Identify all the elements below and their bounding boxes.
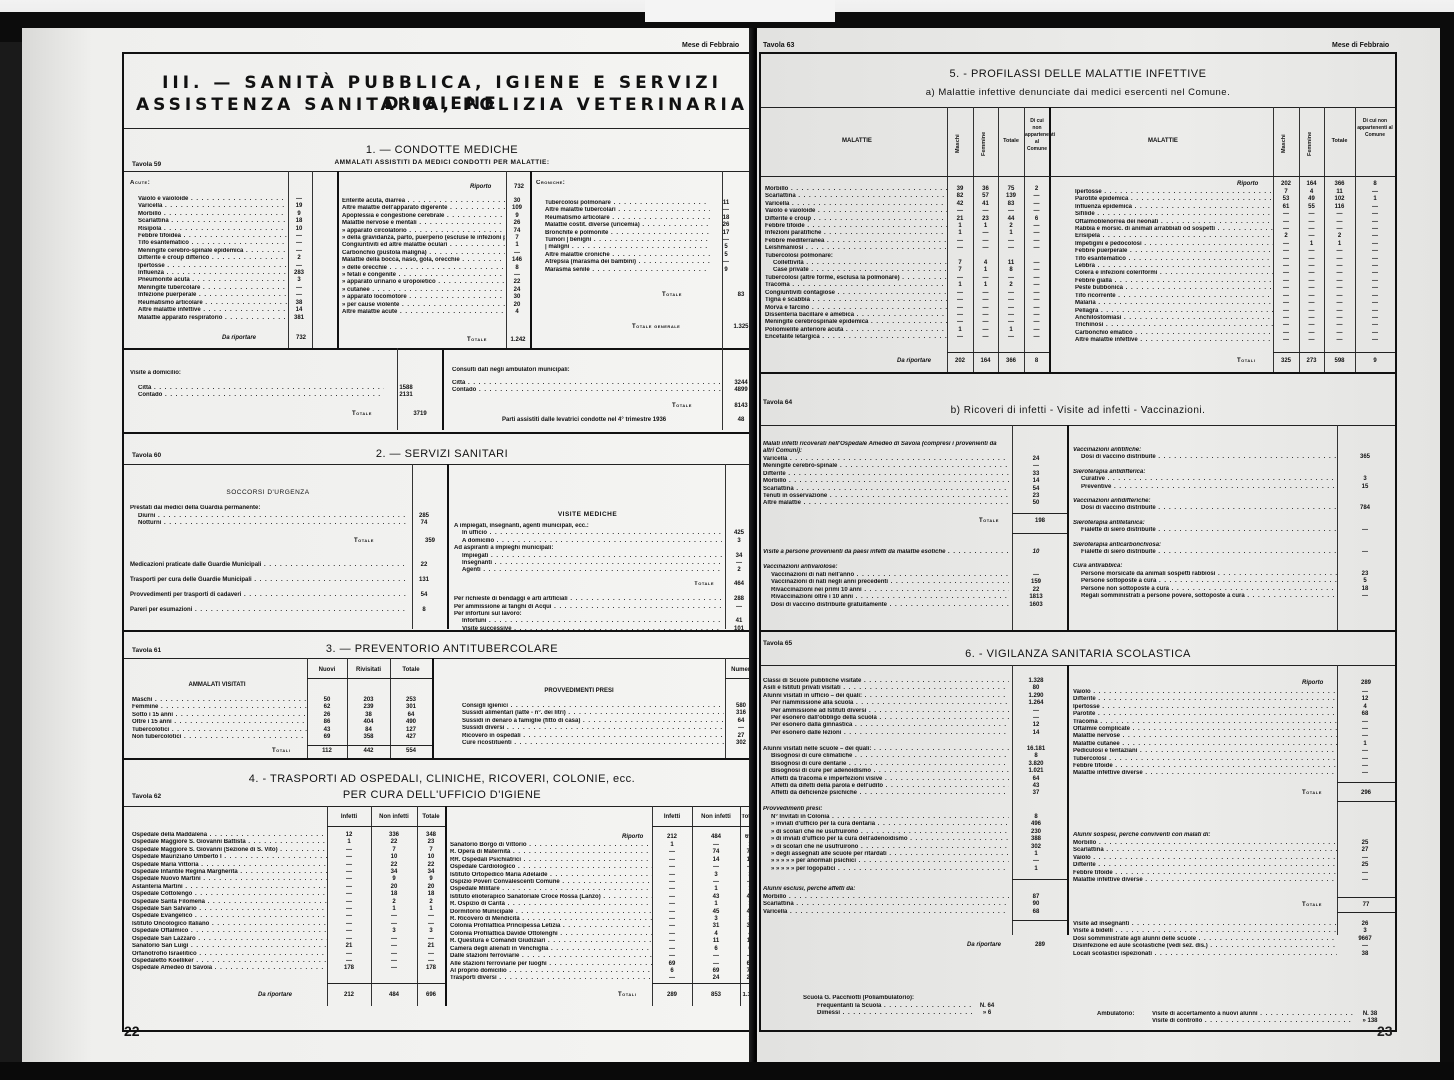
cell-f: — <box>973 208 998 215</box>
cell-t: 75 <box>998 186 1024 193</box>
cell-value: 8 <box>1009 753 1063 760</box>
cell-totale: 7 <box>417 847 445 854</box>
cell-t: — <box>998 238 1024 245</box>
row-label: Maschi <box>132 697 307 704</box>
cell-value: 381 <box>287 315 311 322</box>
table-row: Ospedale Oftalmico—33 <box>132 928 445 935</box>
table-row: Carbonchio (pustola maligna)— <box>342 250 529 257</box>
soccorsi-heading: SOCCORSI D'URGENZA <box>124 489 412 496</box>
table-row: Morva e farcino———— <box>765 305 1049 312</box>
row-label: Per ammissione ad Istituti diversi <box>763 708 1009 715</box>
row-label: Morbillo <box>765 186 947 193</box>
sec4-title-line2: PER CURA DELL'UFFICIO D'IGIENE <box>124 789 757 801</box>
cell-value: 1603 <box>1009 602 1063 609</box>
row-label: Asili e Istituti privati visitati <box>763 685 1009 692</box>
cell-non_infetti: 1 <box>692 901 740 908</box>
table-row: Locali scolastici ispezionati38 <box>1073 951 1393 958</box>
cell-rivisitati: 239 <box>347 704 390 711</box>
cell-f: — <box>973 230 998 237</box>
row-label: Meningite tubercolare <box>138 285 287 292</box>
cell-infetti: — <box>652 849 692 856</box>
table-row: Ospizio Poveri Convalescenti Comune——— <box>450 879 757 886</box>
cell-infetti: — <box>327 936 371 943</box>
cell-value: 4 <box>505 309 529 316</box>
table-row: Tifo esantematico— <box>138 240 311 247</box>
row-label: Sifilide <box>1075 211 1273 218</box>
table-row: Febbre tifoide— <box>1073 870 1393 877</box>
row-label: Frequentanti la Scuola <box>817 1003 972 1010</box>
col-femmine: Femmine <box>981 120 987 168</box>
row-label: Febbre gialla <box>1075 278 1273 285</box>
cell-f: — <box>1299 248 1324 255</box>
row-label: Alunni visitati in ufficio – dei quali: <box>763 693 1009 700</box>
row-label: Ospedale della Maddalena <box>132 832 327 839</box>
cell-n: — <box>1355 285 1395 292</box>
cell-infetti: 12 <box>327 832 371 839</box>
table-row: Difterite e croup difterico2 <box>138 255 311 262</box>
table-row: R. Questura e Comandi Giudiziari—1111 <box>450 938 757 945</box>
table-row: Tenuti in osservazione23 <box>763 493 1063 500</box>
row-label: Altre malattie infettive <box>138 307 287 314</box>
row-label: Erisipela <box>1075 233 1273 240</box>
row-label: Encefalite letargica <box>765 334 947 341</box>
table-row: Case private718— <box>765 267 1049 274</box>
table-row: Tracoma112— <box>765 282 1049 289</box>
cell-value: 8 <box>505 265 529 272</box>
cell-value: 37 <box>1009 790 1063 797</box>
row-label: Provvedimenti per trasporti di cadaveri <box>130 588 407 603</box>
table-row: Meningite cerebro-spinale epidemica— <box>138 248 311 255</box>
cell-infetti: — <box>652 938 692 945</box>
row-label: Oltre i 15 anni <box>132 719 307 726</box>
alunni-sospesi-heading: Alunni sospesi, perchè conviventi con ma… <box>1073 832 1333 839</box>
table-row: Colera e infezioni coleriformi———— <box>1075 270 1395 277</box>
cell-value: 10 <box>287 226 311 233</box>
table-row: Morbillo87 <box>763 894 1063 901</box>
sec6-totale-c-label: Totale <box>1302 790 1322 796</box>
row-label: Infezione puerperale <box>138 292 287 299</box>
cell-m: — <box>1273 263 1299 270</box>
totale-acute-value: 1.242 <box>506 337 530 343</box>
table-row: Morbillo3936752 <box>765 186 1049 193</box>
table-row: Visite a bidelli3 <box>1073 928 1393 935</box>
da-riportare-infetti: 212 <box>327 992 371 998</box>
row-label: Apoplessia e congestione cerebrale <box>342 213 505 220</box>
group-heading: Sieroterapia antitetanica: <box>1073 520 1393 527</box>
cell-value: — <box>505 250 529 257</box>
cell-rivisitati: 404 <box>347 719 390 726</box>
row-label: Varicella <box>763 909 1009 916</box>
cell-n: — <box>1355 278 1395 285</box>
totali-infetti: 289 <box>652 992 692 998</box>
row-label: » fetali e congenite <box>342 272 505 279</box>
table-row: Peste bubbonica———— <box>1075 285 1395 292</box>
row-label: Reumatismo articolare <box>545 215 710 222</box>
table-row: Femmine62239301 <box>132 704 432 711</box>
cell-totale: 23 <box>417 839 445 846</box>
row-label: Sanatorio Borgo di Vittorio <box>450 842 652 849</box>
table-row: Visite di controllo» 138 <box>1152 1018 1387 1025</box>
cell-value: — <box>1337 855 1393 862</box>
cell-value: — <box>1009 572 1063 579</box>
row-label: Colonia Profilattica Principessa Letizia <box>450 923 652 930</box>
riporto-m: 202 <box>1273 181 1299 187</box>
cell-totale: 9 <box>417 876 445 883</box>
row-label: Disinfezione ed aule scolastiche (vedi s… <box>1073 943 1337 950</box>
row-label: Altre malattie infettive <box>1075 337 1273 344</box>
sec2-title: 2. — SERVIZI SANITARI <box>124 448 757 460</box>
col-malattie: MALATTIE <box>767 138 947 144</box>
row-label: Tubercolosi polmonare: <box>765 253 947 260</box>
table-row: Per esonero dalla ginnastica12 <box>763 722 1063 729</box>
cell-totale: 127 <box>390 727 432 734</box>
cell-value: 90 <box>1009 901 1063 908</box>
cell-non_infetti: 3 <box>692 872 740 879</box>
cell-f: 23 <box>973 216 998 223</box>
cell-m: 82 <box>947 193 973 200</box>
cell-f: — <box>973 305 998 312</box>
cell-n: — <box>1355 256 1395 263</box>
row-label: Atrepsia (marasma dei bambini) <box>545 259 710 266</box>
consulti-heading: Consulti dati negli ambulatori municipal… <box>452 367 712 374</box>
row-label: Visite a bidelli <box>1073 928 1337 935</box>
cell-f: 36 <box>973 186 998 193</box>
row-label: Malattie costit. diverse (uricemia) <box>545 222 710 229</box>
cell-n: — <box>1024 327 1049 334</box>
cell-n: — <box>1024 245 1049 252</box>
visite-totale-row: Totale464 <box>454 581 756 588</box>
cell-infetti: — <box>327 958 371 965</box>
row-label: Tracoma <box>765 282 947 289</box>
cell-non_infetti: — <box>371 943 417 950</box>
cell-non_infetti: — <box>692 879 740 886</box>
row-label: Istituto elioterapico Sanatoriale Croce … <box>450 894 652 901</box>
cell-m: — <box>947 297 973 304</box>
cell-non_infetti: 3 <box>371 928 417 935</box>
cell-t: — <box>1324 300 1355 307</box>
row-label: Città <box>138 385 384 392</box>
cell-non_infetti: 69 <box>692 968 740 975</box>
row-label: Influenza epidemica <box>1075 204 1273 211</box>
cell-value: 74 <box>407 520 441 527</box>
table-row: Malattie nervose— <box>1073 733 1393 740</box>
cell-m: 53 <box>1273 196 1299 203</box>
cell-value: — <box>1337 770 1393 777</box>
cell-t: — <box>1324 270 1355 277</box>
row-label: Varicella <box>765 201 947 208</box>
cell-totale: — <box>417 958 445 965</box>
table-row: Malattie della bocca, naso, gola, orecch… <box>342 257 529 264</box>
cell-f: — <box>973 297 998 304</box>
col-totale: Totale <box>417 814 445 820</box>
visite-mediche-heading: VISITE MEDICHE <box>450 511 725 518</box>
cell-value: » 6 <box>972 1010 1002 1017</box>
row-label: Rivaccinazioni nei primi 10 anni <box>763 587 1009 594</box>
cell-nuovi: 62 <box>307 704 347 711</box>
cell-m: — <box>947 275 973 282</box>
table-row: Morbillo9 <box>138 211 311 218</box>
row-label: Scarlattina <box>765 193 947 200</box>
cell-n: — <box>1024 282 1049 289</box>
row-label: Trichinosi <box>1075 322 1273 329</box>
book-edge-right <box>1440 28 1454 1068</box>
row-label: Vaiolo <box>1073 689 1337 696</box>
cell-f: — <box>973 312 998 319</box>
table-row: Impetigini e pedocolosi—11— <box>1075 241 1395 248</box>
row-label: Risipola <box>138 226 287 233</box>
da-riportare-m: 202 <box>947 358 973 364</box>
table-row: Vaccinazioni di nati nell'anno— <box>763 572 1063 579</box>
cell-n: — <box>1355 315 1395 322</box>
totali-m: 325 <box>1273 358 1299 364</box>
row-label: Per riammissione alla scuola <box>763 700 1009 707</box>
cell-value: 68 <box>1009 909 1063 916</box>
table-row: Parotite epidemica53491021 <box>1075 196 1395 203</box>
row-label: Tifo esantematico <box>138 240 287 247</box>
row-label: Difterite e croup <box>765 216 947 223</box>
cell-value: — <box>1337 763 1393 770</box>
row-label: Ospedaletto Koelliker <box>132 958 327 965</box>
row-label: Ospedale Nuovo Martini <box>132 876 327 883</box>
cell-m: 1 <box>947 230 973 237</box>
riporto-value: 732 <box>508 184 530 190</box>
cell-n: — <box>1355 241 1395 248</box>
cell-totale: 34 <box>417 869 445 876</box>
parti-label: Parti assistiti dalle levatrici condotte… <box>502 417 666 423</box>
cell-n: — <box>1024 312 1049 319</box>
cell-m: — <box>1273 219 1299 226</box>
table-row: Tigna e scabbia———— <box>765 297 1049 304</box>
sec5-subtitle-a: a) Malattie infettive denunciate dai med… <box>761 87 1395 98</box>
cell-t: — <box>998 275 1024 282</box>
cell-rivisitati: 38 <box>347 712 390 719</box>
row-label: Meningite cerebro-spinale <box>763 463 1009 470</box>
table-row: Varicella24 <box>763 456 1063 463</box>
table-row: Varicella19 <box>138 203 311 210</box>
cell-f: 4 <box>973 260 998 267</box>
vigilanza-rows-c: Vaiolo—Difterite12Ipertosse4Parotite68Tr… <box>1073 689 1393 778</box>
sec6-totale-sospesi-label: Totale <box>1302 902 1322 908</box>
sec6-riporto-label: Riporto <box>1302 680 1323 686</box>
table-row: Altre malattie tubercolari— <box>545 207 742 214</box>
cell-n: 2 <box>1024 186 1049 193</box>
trasporti-da-riportare-label: Da riportare <box>258 992 292 998</box>
table-row: Ipertosse— <box>138 263 311 270</box>
row-label: Ospedale Militare <box>450 886 652 893</box>
sec6-riporto-value: 289 <box>1339 680 1393 686</box>
row-label: Consigli igienici <box>462 703 724 710</box>
cell-non_infetti: 7 <box>371 847 417 854</box>
cell-n: — <box>1355 322 1395 329</box>
visite-totale-label: Totale <box>352 411 372 417</box>
row-label: Istituto Oncologico Italiano <box>132 921 327 928</box>
cell-infetti: 21 <box>327 943 371 950</box>
row-label: Collettività <box>765 260 947 267</box>
tavola-65: Tavola 65 <box>763 640 792 647</box>
chapter-title-line2: ASSISTENZA SANITARIA, POLIZIA VETERINARI… <box>126 95 757 116</box>
row-label: » degli assegnati alle scuole per ritard… <box>763 851 1009 858</box>
col-non-appartenenti: Di cui non appartenenti al Comune <box>1025 118 1049 153</box>
table-row: Impiegati34 <box>454 553 756 560</box>
row-label: Ospedale Santa Filomena <box>132 899 327 906</box>
table-row: Ospedale Nuovo Martini—99 <box>132 876 445 883</box>
table-row: Malattie apparato respiratorio381 <box>138 315 311 322</box>
sec4-title-line1: 4. - TRASPORTI AD OSPEDALI, CLINICHE, RI… <box>124 773 757 785</box>
ammalati-heading: AMMALATI VISITATI <box>132 682 302 688</box>
row-label: Morbillo <box>138 211 287 218</box>
cell-infetti: — <box>327 884 371 891</box>
table-row: Maschi50203253 <box>132 697 432 704</box>
row-label: Sussidi alimentari (latte - n°. dei litr… <box>462 710 724 717</box>
scan-notch <box>645 0 835 22</box>
row-label: Parotite epidemica <box>1075 196 1273 203</box>
table-row: Alunni visitati nelle scuole – dei quali… <box>763 746 1063 753</box>
right-page: Tavola 63 Mese di Febbraio 5. - PROFILAS… <box>757 28 1447 1063</box>
cell-value: — <box>710 207 742 214</box>
cell-infetti: — <box>652 916 692 923</box>
cell-t: — <box>1324 211 1355 218</box>
cell-f: — <box>1299 270 1324 277</box>
cell-value: 26 <box>710 222 742 229</box>
row-label: Carbonchio ematico <box>1075 330 1273 337</box>
table-row: Dormitorio Municipale—4545 <box>450 909 757 916</box>
row-label: » di scolari che ne usufruirono <box>763 844 1009 851</box>
cell-value: 12 <box>1337 696 1393 703</box>
table-row: » apparato locomotore30 <box>342 294 529 301</box>
table-row: Dalle stazioni ferroviarie——— <box>450 953 757 960</box>
row-label: Ospedale Amedeo di Savoia <box>132 965 327 972</box>
table-row: Difterite33 <box>763 471 1063 478</box>
acute-col1-list: Vaiolo e vaioloide—Varicella19Morbillo9S… <box>138 196 311 322</box>
row-label: Febbre tifoide <box>1073 763 1337 770</box>
cell-value: 1588 <box>384 385 428 392</box>
row-label: Lebbra <box>1075 263 1273 270</box>
row-label: Malattie nervose <box>1073 733 1337 740</box>
row-label: Tubercolotici <box>132 727 307 734</box>
cell-m: 2 <box>1273 233 1299 240</box>
row-label: Malattie cutanee <box>1073 741 1337 748</box>
row-label: Sussidi diversi <box>462 725 724 732</box>
cell-n: — <box>1024 275 1049 282</box>
cell-f: — <box>1299 322 1324 329</box>
cell-t: — <box>1324 293 1355 300</box>
row-label: Difterite <box>1073 862 1337 869</box>
row-label: Altre malattie <box>763 500 1009 507</box>
cell-t: 116 <box>1324 204 1355 211</box>
row-label: Classi di Scuole pubbliche visitate <box>763 678 1009 685</box>
totale-generale-label: Totale generale <box>632 324 680 330</box>
row-label: Difterite <box>763 471 1009 478</box>
sec5-totali-label: Totali <box>1237 358 1255 364</box>
row-label: Dosi di vaccino distribuite gratuitament… <box>763 602 1009 609</box>
cell-n: — <box>1355 337 1395 344</box>
table-row: Pediculosi e tentaziani— <box>1073 748 1393 755</box>
table-row: Pellagra———— <box>1075 308 1395 315</box>
da-riportare-n: 8 <box>1024 358 1049 364</box>
cell-m: — <box>947 290 973 297</box>
row-label: Ospedale Infantile Regina Margherita <box>132 869 327 876</box>
totali-nuovi: 112 <box>307 748 347 754</box>
row-label: Astanteria Martini <box>132 884 327 891</box>
table-row: Ospedale Cardiologico——— <box>450 864 757 871</box>
provvedimenti-heading: PROVVEDIMENTI PRESI <box>434 688 724 694</box>
cell-value: — <box>1009 715 1063 722</box>
cell-f: — <box>973 290 998 297</box>
cell-value: 9667 <box>1337 936 1393 943</box>
cell-value: 14 <box>1009 478 1063 485</box>
table-row: Fialette di siero distribuite— <box>1073 549 1393 556</box>
cell-value: 8 <box>1009 814 1063 821</box>
sec5-subtitle-b: b) Ricoveri di infetti - Visite ad infet… <box>761 405 1395 416</box>
row-label: RR. Ospedali Psichiatrici <box>450 857 652 864</box>
row-label: Diurni <box>138 513 407 520</box>
cell-totale: 21 <box>417 943 445 950</box>
cell-non_infetti: — <box>371 921 417 928</box>
cell-value: — <box>505 272 529 279</box>
row-label: Trasporti diversi <box>450 975 652 982</box>
riporto-t: 366 <box>1324 181 1355 187</box>
table-row: Rabbia e morsic. di animali arrabbiati o… <box>1075 226 1395 233</box>
cell-totale: 2 <box>417 899 445 906</box>
cell-infetti: — <box>652 975 692 982</box>
row-label: Tifo esantematico <box>1075 256 1273 263</box>
cell-f: — <box>1299 263 1324 270</box>
col-nuovi: Nuovi <box>307 667 347 673</box>
vacc-antivaiolose-heading: Vaccinazioni antivaiolose: <box>763 564 1008 571</box>
row-label: » della gravidanza, parto, puerperio (es… <box>342 235 505 242</box>
table-row: Affetti da deficienze psichiche37 <box>763 790 1063 797</box>
cell-f: 1 <box>973 223 998 230</box>
row-label: Oftalmie complicate <box>1073 726 1337 733</box>
cell-value: — <box>1337 748 1393 755</box>
cell-f: — <box>973 319 998 326</box>
table-row: Per esonero dall'obbligo della scuola— <box>763 715 1063 722</box>
cell-value: — <box>1337 943 1393 950</box>
cell-m: — <box>1273 211 1299 218</box>
vigilanza-rows-a: Classi di Scuole pubbliche visitate1.328… <box>763 678 1063 737</box>
table-row: » degli assegnati alle scuole per ritard… <box>763 851 1063 858</box>
cell-f: — <box>1299 285 1324 292</box>
consulti-totale-label: Totale <box>672 403 692 409</box>
cell-value: 25 <box>1337 840 1393 847</box>
ricoveri-heading: Malati infetti ricoverati nell'Ospedale … <box>763 441 1008 456</box>
riporto-non-infetti: 484 <box>692 834 740 840</box>
cell-f: 49 <box>1299 196 1324 203</box>
row-label: Altre malattie dell'apparato digerente <box>342 205 505 212</box>
cell-t: — <box>1324 226 1355 233</box>
cell-f: — <box>1299 256 1324 263</box>
table-row: Sanatorio San Luigi21—21 <box>132 943 445 950</box>
col-malattie-2: MALATTIE <box>1053 138 1273 144</box>
cell-m: — <box>1273 322 1299 329</box>
row-label: Malattie apparato respiratorio <box>138 315 287 322</box>
da-riportare-label: Da riportare <box>222 335 256 341</box>
col-totale-2: Totale <box>1324 138 1355 144</box>
cell-value: — <box>287 196 311 203</box>
cell-value: 5 <box>710 244 742 251</box>
col-non-infetti: Non infetti <box>371 814 417 820</box>
cell-value: 9 <box>287 211 311 218</box>
row-label: Tubercolosi polmonare <box>545 200 710 207</box>
table-row: Congiuntiviti contagiose———— <box>765 290 1049 297</box>
cell-m: 7 <box>947 267 973 274</box>
table-row: Trasporti diversi—2424 <box>450 975 757 982</box>
row-label: Affetti da deficienze psichiche <box>763 790 1009 797</box>
row-label: Bisognosi di cure dentarie <box>763 761 1009 768</box>
table-row: Ospedale San Lazzaro——— <box>132 936 445 943</box>
page-number-left: 22 <box>124 1023 140 1039</box>
table-row: Bisognosi di cure per adenoidismo1.021 <box>763 768 1063 775</box>
